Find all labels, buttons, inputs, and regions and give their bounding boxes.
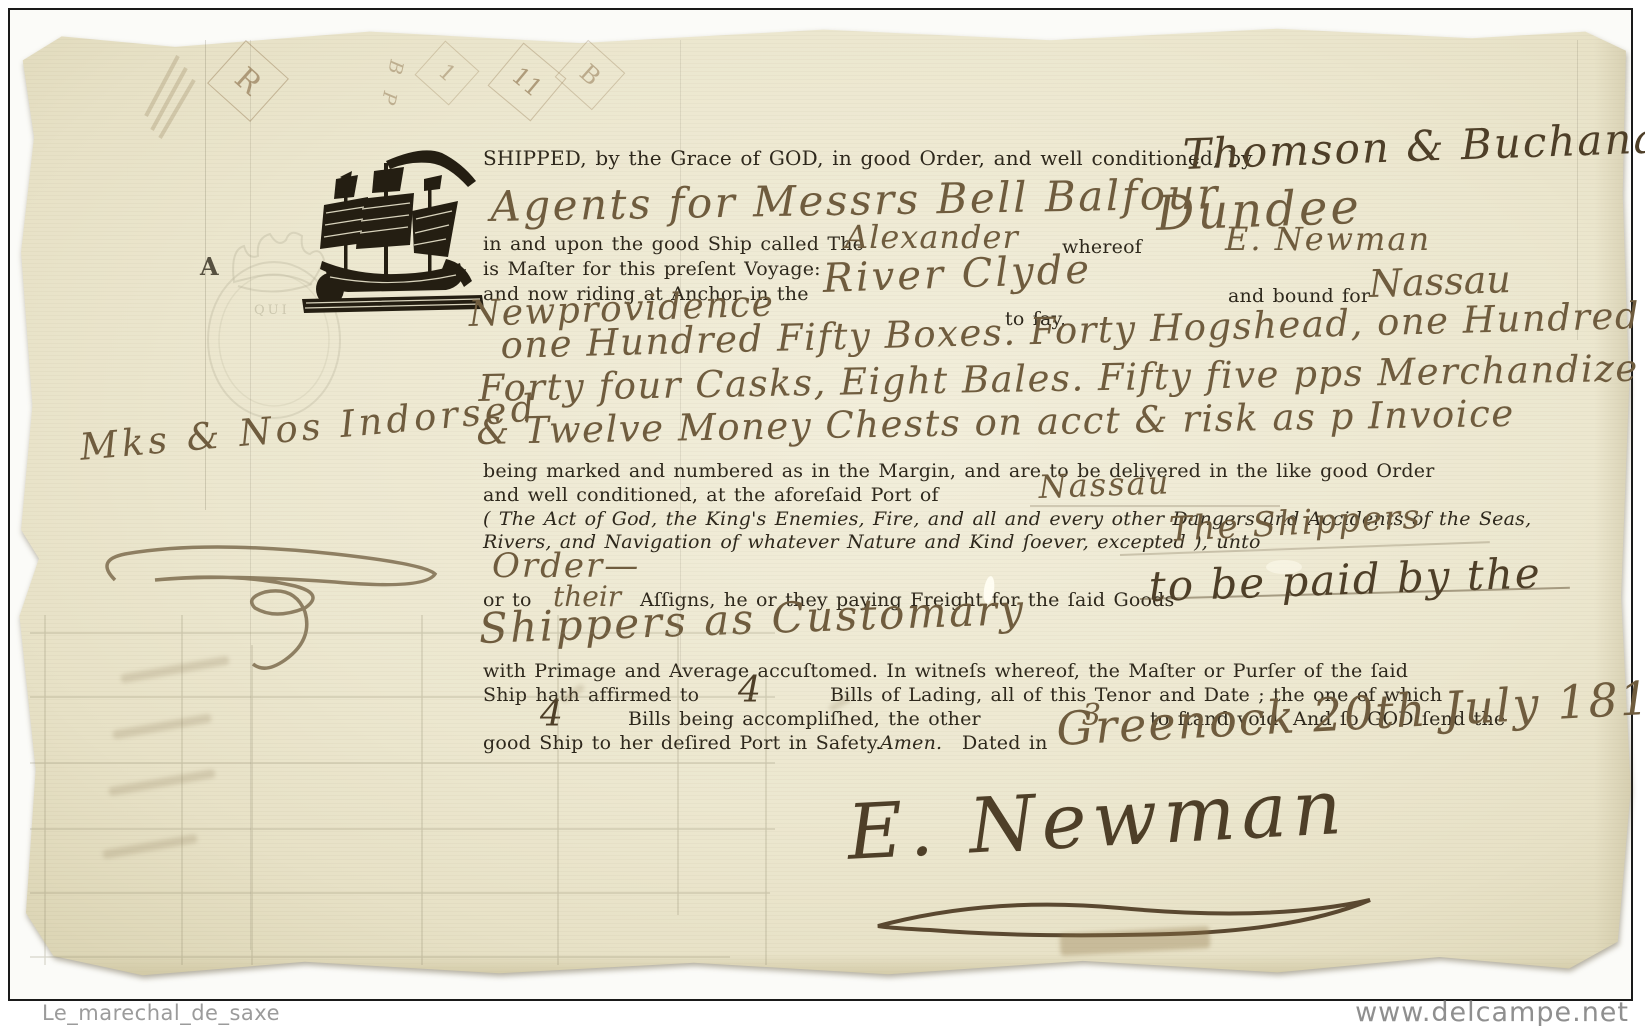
bill-of-lading-photo: R B P 1 11 B QUI A [0,0,1645,1026]
diamond-mark-b-letter: B [574,59,606,92]
diamond-mark-11: 11 [488,43,567,122]
offset-mark-bp: B P [375,58,407,112]
form-line-shipped: SHIPPED, by the Grace of GOD, in good Or… [483,146,1253,170]
svg-text:QUI: QUI [254,303,290,318]
diamond-mark-r-letter: R [228,60,268,101]
hw-signature: E. Newman [845,762,1350,877]
paper-fleck [1266,560,1302,574]
form-line-port: and well conditioned, at the aforeſaid P… [483,484,939,506]
stamp-letter-a: A [200,252,219,281]
hw-shipper-name: Thomson & Buchanan [1182,112,1645,179]
form-line-ship-called: in and upon the good Ship called The [483,233,864,255]
hw-date-place: Greenock 20th July 1814 [1055,669,1645,756]
hatch-marks [138,46,202,141]
form-line-master: is Maſter for this preſent Voyage: [483,258,821,280]
watermark-credit-right: www.delcampe.net [1355,997,1629,1026]
hw-master-name: E. Newman [1225,220,1431,258]
watermark-credit-left: Le_marechal_de_saxe [42,1001,280,1025]
form-line-marked: being marked and numbered as in the Marg… [483,460,1435,482]
ship-engraving [296,143,492,317]
diamond-mark-11-numeral: 11 [506,61,547,102]
form-amen: Amen. [880,732,942,754]
form-dated-in: Dated in [962,732,1048,754]
diamond-mark-r: R [207,40,289,122]
hw-anchorage: River Clyde [822,247,1093,302]
hw-freight-terms1: to be paid by the [1148,548,1542,611]
diamond-mark-b: B [555,40,626,111]
diamond-mark-1-numeral: 1 [433,59,460,87]
diamond-mark-1: 1 [415,41,480,106]
hw-port-of-delivery: Nassau [1038,463,1171,506]
